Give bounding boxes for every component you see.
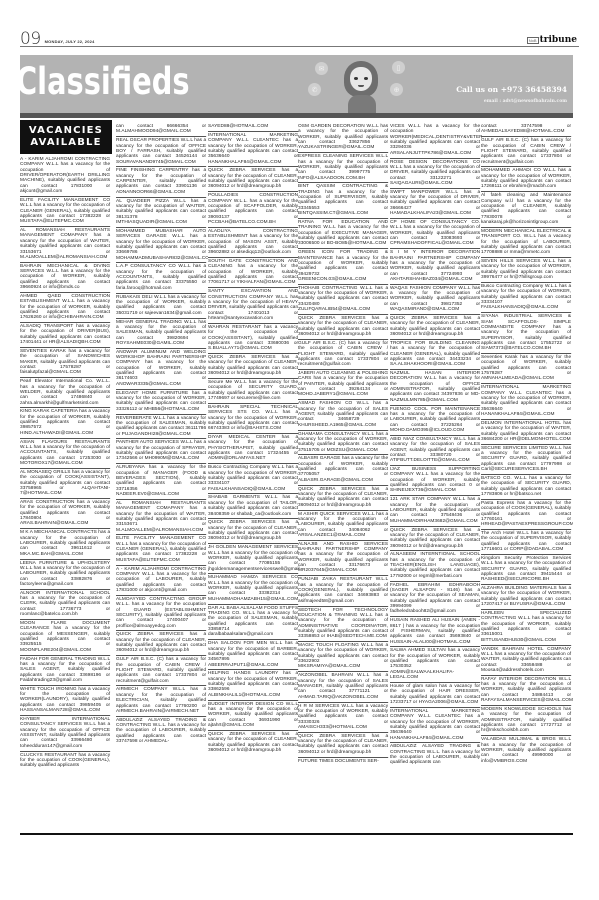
classified-ad: QUICK ZEBRA SERVICES has a vacancy for t… [298,733,388,758]
classified-ad: ALMOAYYED CONTRACTING GROUP W.L.L. has a… [116,596,206,632]
classified-ad: QUICK ZEBRA SERVICES has a vacancy for t… [298,486,388,511]
classified-ad: The Arch Hotel W.L.L has a vacancy for t… [481,530,571,555]
classified-ad: WHITE TOUCH IRONING has a vacancy for th… [20,686,110,716]
classified-ad: ABDULAZIZ ALSAYED TRADING & CONTRACTING … [116,717,206,746]
classified-ad: Pasta Express has a vacancy for the occu… [481,500,571,530]
classified-ad: ELITE FACILITY MANAGEMENT CO W.L.L has a… [20,197,110,227]
classified-ad: SEVEN HILLS SERVICES W.L.L has a vacancy… [481,258,571,283]
classified-ad: S I M Y INTERIOR DECORATION BAHRAINI PAR… [390,249,480,285]
classified-ad: AHMED QAED CONSTRUCTION ESTABLISHMENT W.… [20,293,110,323]
classified-ad: IJAZ BUSINESS SUPPORTING COMPANY W.L.L h… [390,466,480,496]
classified-ad: SHABAB GARMENTS W.L.L has a vacancy for … [208,494,298,519]
column-3: SAYED88@HOTMAIL.COMINTERNATIONAL MARKETI… [208,123,300,835]
mail-icon: ✉ [315,62,328,75]
classified-ad: SAYED88@HOTMAIL.COM [208,123,298,132]
classified-ad: QUICK ZEBRA SERVICES has a vacancy for t… [208,731,298,755]
classified-ad: LEENA FURNITURE & UPHOLSTERY W.L.L has a… [20,560,110,590]
classified-ad: MOHAMMED MUBASHAR AUTO SERVICES GARAGE W… [116,228,206,264]
classified-ad: MAGIC TOUCH FLOATING W.L.L has a vacancy… [298,642,388,672]
classified-ad: Pearl Elevator International Co. W.L.L. … [20,378,110,408]
classified-ad: CLUCKYS RESTAURANT has a vacancy for the… [20,752,110,771]
classified-ad: AL ROMANSIAH RESTAURANTS MANAGEMENT COMA… [20,227,110,263]
classified-ad: NAZMUL HASAN INTERIOR DECORATION W.L.L h… [390,370,480,406]
classified-ad: Secure Me W.L.L has a vacancy for the oc… [208,379,298,404]
publication-date: MONDAY, JULY 22, 2024 [45,39,95,44]
classified-ad: BAHRAIN MECHANICAL & DIVING SERVICES W.L… [20,263,110,293]
classified-ad: M ASHIR QUICK SERVICES W.L.L has a vacan… [298,511,388,541]
column-5: VICES W.L.L has a vacancy for the occupa… [390,123,482,835]
classified-ad: Busco Contracting Company W.L.L has a va… [208,464,298,494]
classified-ad: INTERNATIONAL MARKETING COMPANY W.L.L CL… [208,132,298,168]
classified-ad: SEVENTIES KARAK has a vacancy for the oc… [20,348,110,378]
classified-ad: ALBASRI GARAGE has a vacancy for the occ… [298,455,388,485]
classified-ad: SALWA AHMED SULTAN has a vacancy for the… [390,647,480,683]
classified-ad: L.A.P CONSULTANCY CO W.L.L has a vacancy… [116,263,206,293]
classified-ad: Busco Contracting Company W.L.L has a va… [481,283,571,313]
brand-mark-icon: NoB [527,37,539,44]
classified-ad: AIRMECH COMPANY W.L.L has a vacancy for … [116,686,206,716]
classified-ad: 121 ARK STAR COMPANY W.L.L has a vacancy… [390,496,480,526]
classified-ad: VICES W.L.L has a vacancy for the occupa… [390,123,480,159]
classified-ad: ASMAD FASHION CO W.L.L has a vacancy for… [298,400,388,430]
classified-ad: PUNJABI ZAIKA RESTAURANT W.L.L has a vac… [298,576,388,606]
classified-ad: GULF AIR B.S.C. (C) has a vacancy for th… [481,137,571,167]
page-number: 09 [20,32,41,46]
classified-ad: BINT QASSIM CONTRACTING & TRADING has a … [298,183,388,219]
classified-ad: ALSADIQ TRANSPORT has a vacancy for the … [20,323,110,348]
classified-ad: ALZAHRA BUILDING MATERIALS has a vacancy… [481,585,571,610]
classified-ad: MEHAR GENERAL TRADING W.L.L has a vacanc… [116,319,206,349]
classified-ad: House of glam salon has a vacancy for th… [390,683,480,708]
classified-ad: CP HOME OF CONSULTANCY CO. W.L.L has a v… [390,219,480,249]
masthead: 09 MONDAY, JULY 22, 2024 [20,28,272,46]
classified-ad: KHYBER INTERNATIONAL CONSULTANCY SERVICE… [20,716,110,752]
classified-ad: A - KARIM ALJAHROMI CONTRACTING COMPANY … [20,156,110,197]
classified-ad: QUICK ZEBRA SERVICES has a vacancy for t… [208,519,298,544]
classified-ad: MOHAMMED AHMADI CO W.L.L has a vacancy f… [481,167,571,192]
classified-ad: DIYAR MEDICAL CENTER has a vacancy for t… [208,434,298,464]
classified-ad: ELEGANT HOME FURNITURE has a vacancy for… [116,390,206,415]
classified-ad: QUICK ZEBRA SERVICES has a vacancy for t… [116,631,206,656]
classified-ad: SEDTECH FOR TECHNOLOGY EDUCATION & TRAIN… [298,607,388,643]
classified-ad: ANOWAR ALUMINUM AND WELDING WORKSHOP BAH… [116,349,206,390]
classified-ad: FADHEL EBRAHIM EDHRABOOH (SAGER ALSAFON … [390,582,480,618]
classified-ad: Seventies Karak has a vacancy for the oc… [481,354,571,384]
classified-ad: can contact 66666354 or M.ALMAHMOOD94@GM… [116,123,206,137]
classified-ad: Al fateh cleaning and Maintenance Compan… [481,192,571,228]
classified-ad: SANTY EXCAVATION AND CONSTRUCTION COMPAN… [208,288,298,324]
classified-ad: AL QUADEER PIZZA W.L.L has a vacancy for… [116,198,206,228]
classified-ad: FUENGO COOL FOR MAINTENANCE has a vacanc… [390,406,480,436]
classified-ad: ALRUBYANA has a vacancy for the occupati… [116,464,206,500]
classified-ad: GULF AIR B.S.C. (C) has a vacancy for th… [116,656,206,686]
classified-ad: GHAMAMA CONSULTANCY W.L.L has a vacancy … [298,431,388,456]
classified-ad: QUICK ZEBRA SERVICES has a vacancy for t… [390,315,480,340]
classified-ad: QUICK ZEBRA SERVICES has a vacancy for t… [208,167,298,192]
mascot-body [348,95,376,113]
classified-ad: DAR AL BABA ALSALAM FOOD STUFFS TRADING … [208,605,298,641]
classified-ad: PANTHER AUTO SERVICES W.L.L has a vacanc… [116,439,206,464]
brand-logo: NoB tribune [527,35,577,45]
classified-ad: JH GOLDEN MANAGEMENT SERVICES W.L.L has … [208,544,298,574]
classified-ad: RAFAY INTERIOR DECORATION W.L.L has a va… [481,676,571,706]
phone-icon: ✆ [308,83,321,96]
classified-ad: A - KARIM ALJAHROMI CONTRACTING COMPANY … [116,566,206,596]
classified-ad: ASIAN FLAVOURS RESTAURANTS W.L.L has a v… [20,439,110,469]
mascot-eye-left [354,77,358,80]
classified-ad: QUICK ZEBRA SERVICES has a vacancy for t… [390,527,480,552]
classified-ad: ALNAJIB AND RASHID SERVICES BAHRAINI PAR… [298,541,388,577]
classified-ad: HUSAIN RASHED ALI HUSAIN (ANEN - 8617 ) … [390,617,480,647]
classified-ad: FINE FINISHING CARPENTRY has a vacancy f… [116,167,206,197]
classified-ad: SWIFT MANPOWER W.L.L has a vacancy for t… [390,189,480,219]
classified-ad: BATSCO CO. W.L.L has a vacancy for the o… [481,475,571,500]
classified-ad: GREEN ICON FOR TRADING & MAINTENANCE has… [298,249,388,285]
globe-icon: ⊕ [390,83,403,96]
classified-ad: POULLADIES CONSTRUCTION COMPANY W.L.L. h… [208,192,298,228]
classified-ad: OSM GARDEN DECORATION W.L.L has a vacanc… [298,123,388,153]
column-6: contact 33747598 or AHMEDALSAYED88@HOTMA… [481,123,573,835]
column-1: A - KARIM ALJAHROMI CONTRACTING COMPANY … [20,156,112,835]
classified-ad: RUBAKAIS DELI W.L.L has a vacancy for th… [116,294,206,319]
mobile-icon: ▯ [392,61,405,74]
classified-ad: DHA SALOON FOR MEN W.L.L has a vacancy f… [208,640,298,670]
classified-ad: FAIDAH FOR GENERAL TRADING W.L.L has a v… [20,656,110,686]
classified-ad: MOON FLARE DOCUMENT CLEARANCE has a vaca… [20,620,110,656]
classified-ad: SOUTH GATE CONSTRUCTION AND CLEANING has… [208,258,298,288]
classified-ad: AL ROMANSIAH RESTAURANTS MANAGEMENT COMA… [116,500,206,536]
classifieds-banner-contact: ✉ ✆ ▯ ⊕ Call us on +973 36458394 email :… [272,55,573,113]
classified-ad: REVERBERATE W.L.L has a vacancy for the … [116,415,206,440]
classified-ad: KING KARAK CAFETERIA has a vacancy for t… [20,408,110,438]
classified-ad: QUICK ZEBRA SERVICES has a vacancy for t… [298,315,388,340]
bottom-rule [20,833,573,835]
call-us-phone[interactable]: Call us on +973 36458394 [456,85,567,94]
classified-ad: MODERN MECHANICAL ELECTRICAL & TRANSPORT… [481,228,571,258]
classified-ad: Kingdom Security Protection Services W.L… [481,555,571,585]
classified-ad: SECURE SERVICES LIMITED W.L.L has a vaca… [481,445,571,475]
classified-ad: AL MONASEQ GRILLS has a vacancy for the … [20,469,110,499]
classified-ad: SIYANA INDUSTRIAL SERVICES & SIAM SCAFFO… [481,313,571,354]
classifieds-columns: A - KARIM ALJAHROMI CONTRACTING COMPANY … [20,118,573,835]
classified-ad: ALNOOR INTERNATIONAL SCHOOL has a vacanc… [20,590,110,620]
classified-ad: EXPRESS CLEANING SERVICES W.L.L has a va… [298,153,388,183]
classified-ad: AKZONOBEL BAHRAIN W.L.L has a vacancy fo… [298,672,388,702]
classified-ad: BUDGET INTERIOR DESIGN CO W.L.L has a va… [208,701,298,731]
classified-ad: INTERNATIONAL MARKETING COMPANY W.L.L CL… [390,708,480,744]
classified-ad: WAHRAN RESTARANT has a vacancy for the o… [208,324,298,354]
classified-ad: MUHAMMAD HAMZA SERVICES CO W.L.L has a v… [208,574,298,604]
classified-ad: INTERNATIONAL MARKETING COMPANY W.L.L CL… [481,384,571,420]
classified-ad: RATNA FOR EDUCATION AND TRAINING W.L.L h… [298,219,388,249]
mascot-eye-right [364,77,368,80]
classified-ad: THOHAIB CONTRACTING W.L.L has a vacancy … [298,285,388,315]
advert-email[interactable]: email : advt@newsofbahrain.com [484,99,567,104]
classified-ad: ELITE FACILITY MANAGEMENT CO W.L.L has a… [116,535,206,565]
classified-ad: DELMON INTERNATIONAL HOTEL has a vacancy… [481,420,571,445]
classified-ad: ABDULAZIZ ALSAYED TRADING & CONTRACTING … [390,743,480,767]
classified-ad: contact 33747598 or AHMEDALSAYED88@HOTMA… [481,123,571,137]
classified-ad: ABID NIAZ CONSULTANCY W.L.L has a vacanc… [390,436,480,466]
classified-ad: ARAS CONSTRUCTION has a vacancy for the … [20,499,110,529]
classified-ad: REAL OSCAR PROPERTIES W.L.L has a vacanc… [116,137,206,167]
classified-ad: HELPING HANDS LAUNDRY has a vacancy for … [208,670,298,700]
classified-ad: GULF AIR B.S.C. (C) has a vacancy for th… [298,340,388,370]
classified-ad: VALABDAS MULJIMAL & BROS W.L.L has a vac… [481,736,571,765]
classified-ad: TROPICS FOR BUILDING CLEANING has a vaca… [390,340,480,370]
classified-ad: MODERN KNOWLEDGE SCHOOLS has a vacancy f… [481,706,571,736]
classified-ad: WAQAS FASHION COMPANY W.L.L has a vacanc… [390,285,480,315]
header-rule [20,46,579,47]
brand-name: tribune [540,35,577,45]
classified-ad: ALADLIYA CONTRACTING ESTABLISHMENT has a… [208,228,298,258]
classified-ad: ALNASEEM INTERNTIONAL SCHOOL has a vacan… [390,551,480,581]
classified-ad: H R M SERVICES W.L.L has a vacancy for t… [298,703,388,733]
classified-ad: FUTURE TIMES DOCUMENTS SER- [298,758,388,766]
classified-ad: QUICK ZEBRA SERVICES has a vacancy for t… [208,354,298,379]
classified-ad: M K A MECHANICAL CONTRACTS has a vacancy… [20,529,110,559]
column-4: OSM GARDEN DECORATION W.L.L has a vacanc… [298,123,390,835]
page-title: Classifieds [16,60,190,103]
column-2: can contact 66666354 or M.ALMAHMOOD94@GM… [116,123,208,835]
classified-ad: JABERI AUTO CLEANING & POLISHING CARS ha… [298,370,388,400]
classified-ad: VANDIK BAHRAIN HOTEL COMPANY W.L.L has a… [481,646,571,676]
classified-ad: BAHRAIN SPECIAL TECHNICAL SERVICES STS C… [208,404,298,434]
classified-ad: ROSE DESIGN DECORATIONS CO W.L.L has a v… [390,159,480,189]
classified-ad: HARLEEN SPECIALIZED CONTRACTING W.L.L ha… [481,610,571,646]
